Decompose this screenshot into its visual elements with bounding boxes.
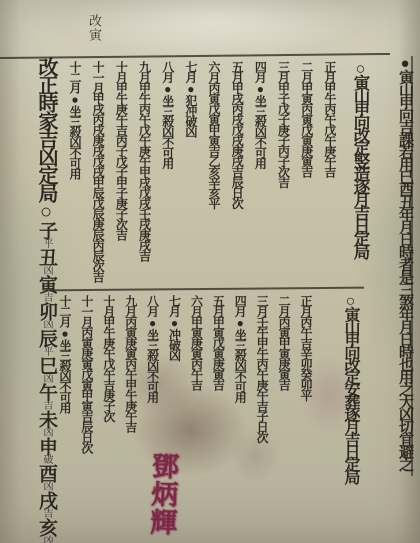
signature-stamp: 鄧炳輝 [146, 452, 176, 543]
verdict-mark: 破 [41, 454, 52, 464]
verdict-mark: 凶 [41, 319, 52, 329]
month-column: 六月丙寅戊寅甲寅吉乙亥辛亥平 [199, 61, 220, 208]
verdict-mark: 凶 [41, 265, 52, 275]
month-column: 七月●犯冲破凶 [176, 61, 197, 137]
month-column: 十月甲午庚午戊午吉庚子次 [94, 295, 115, 421]
verdict-mark: 平 [41, 238, 52, 248]
branch-character: 辰 [36, 329, 57, 346]
verdict-mark: 吉 [41, 508, 52, 518]
verdict-mark: 凶 [41, 481, 52, 491]
branch-character: 未 [36, 410, 57, 427]
branch-character: 丑 [36, 248, 57, 265]
bottom-table-header: ○寅山申向改定安葬逐月吉日定局 [330, 293, 358, 503]
top-rule [0, 53, 390, 59]
month-column: 七月●冲破凶 [160, 295, 181, 360]
branch-character: 子 [36, 221, 57, 238]
branch-character: 寅 [36, 275, 57, 292]
corner-note: 改寅 [88, 14, 101, 42]
branch-character: 午 [36, 383, 57, 400]
manuscript-page: 改寅 ●寅山申向吉課若用巳酉丑年月日時者是三煞年月日時也用之大凶切宜避之 ○寅山… [0, 0, 420, 543]
verdict-mark: 平 [41, 346, 52, 356]
branch-character: 亥 [36, 518, 57, 535]
branch-character: 巳 [36, 356, 57, 373]
verdict-mark: 吉 [41, 292, 52, 302]
month-column: 正月甲午丙午戊午庚午吉 [315, 61, 336, 177]
month-column: 八月●坐三殺凶不可用 [153, 61, 174, 168]
month-column: 正月丙午吉辛卯癸卯平 [291, 295, 312, 400]
verdict-mark: 吉 [41, 400, 52, 410]
month-column: 五月甲寅戊寅庚寅吉 [203, 295, 224, 390]
verdict-mark: 凶 [41, 373, 52, 383]
month-column: 十月甲午庚午吉丙子戊子甲子庚子次吉 [106, 61, 127, 240]
verdict-mark: 凶 [41, 427, 52, 437]
branch-character: 酉 [36, 464, 57, 481]
left-verdict-column: 改正時家吉凶定局○子平丑凶寅吉卯凶辰平巳凶午吉未凶申破酉凶戌吉亥凶 [6, 57, 56, 535]
branch-character: 戌 [36, 491, 57, 508]
top-table-header: ○寅山申向改定竪造逐月吉日定局 [338, 59, 368, 274]
month-column: 十一月甲戌丙戌庚戌戊戌甲辰戊辰庚辰丙辰次吉 [83, 61, 104, 282]
month-column: 二月甲寅丙寅戊寅庚寅吉 [292, 61, 313, 177]
verdict-mark: 凶 [41, 535, 52, 543]
month-column: 三月甲子戊子庚子丙子次吉 [269, 61, 290, 187]
month-column: 三月壬午甲午丙午庚午吉子日次 [247, 295, 268, 442]
month-column: 五月甲戌丙戌戊戌庚戌吉辰日次 [222, 61, 243, 208]
bottom-month-columns: 正月丙午吉辛卯癸卯平二月丙寅甲寅庚寅吉三月壬午甲午丙午庚午吉子日次四月●坐三殺凶… [50, 295, 312, 527]
branch-character: 申 [36, 437, 57, 454]
branch-character: 卯 [36, 302, 57, 319]
month-column: 九月丙寅庚寅丙午甲午庚午吉 [116, 295, 137, 432]
month-column: 十二月●坐三殺凶不可用 [60, 61, 81, 179]
month-column: 十一月丙寅庚寅戊寅甲寅吉辰日次 [72, 295, 93, 453]
month-column: 六月甲寅庚寅丙午吉 [181, 295, 202, 390]
month-column: 四月●坐三殺凶不可用 [225, 295, 246, 402]
month-column: 二月丙寅甲寅庚寅吉 [269, 295, 290, 390]
month-column: 八月●坐三殺凶不可用 [138, 295, 159, 402]
left-column-title: 改正時家吉凶定局○ [35, 57, 57, 221]
top-month-columns: 正月甲午丙午戊午庚午吉二月甲寅丙寅戊寅庚寅吉三月甲子戊子庚子丙子次吉四月●坐三殺… [60, 61, 336, 289]
month-column: 四月●坐三殺凶不可用 [245, 61, 266, 168]
right-warning-column: ●寅山申向吉課若用巳酉丑年月日時者是三煞年月日時也用之大凶切宜避之 [384, 56, 412, 511]
month-column: 九月甲午丙午戊午庚午甲戌戊戌壬戌庚戌吉 [130, 61, 151, 261]
